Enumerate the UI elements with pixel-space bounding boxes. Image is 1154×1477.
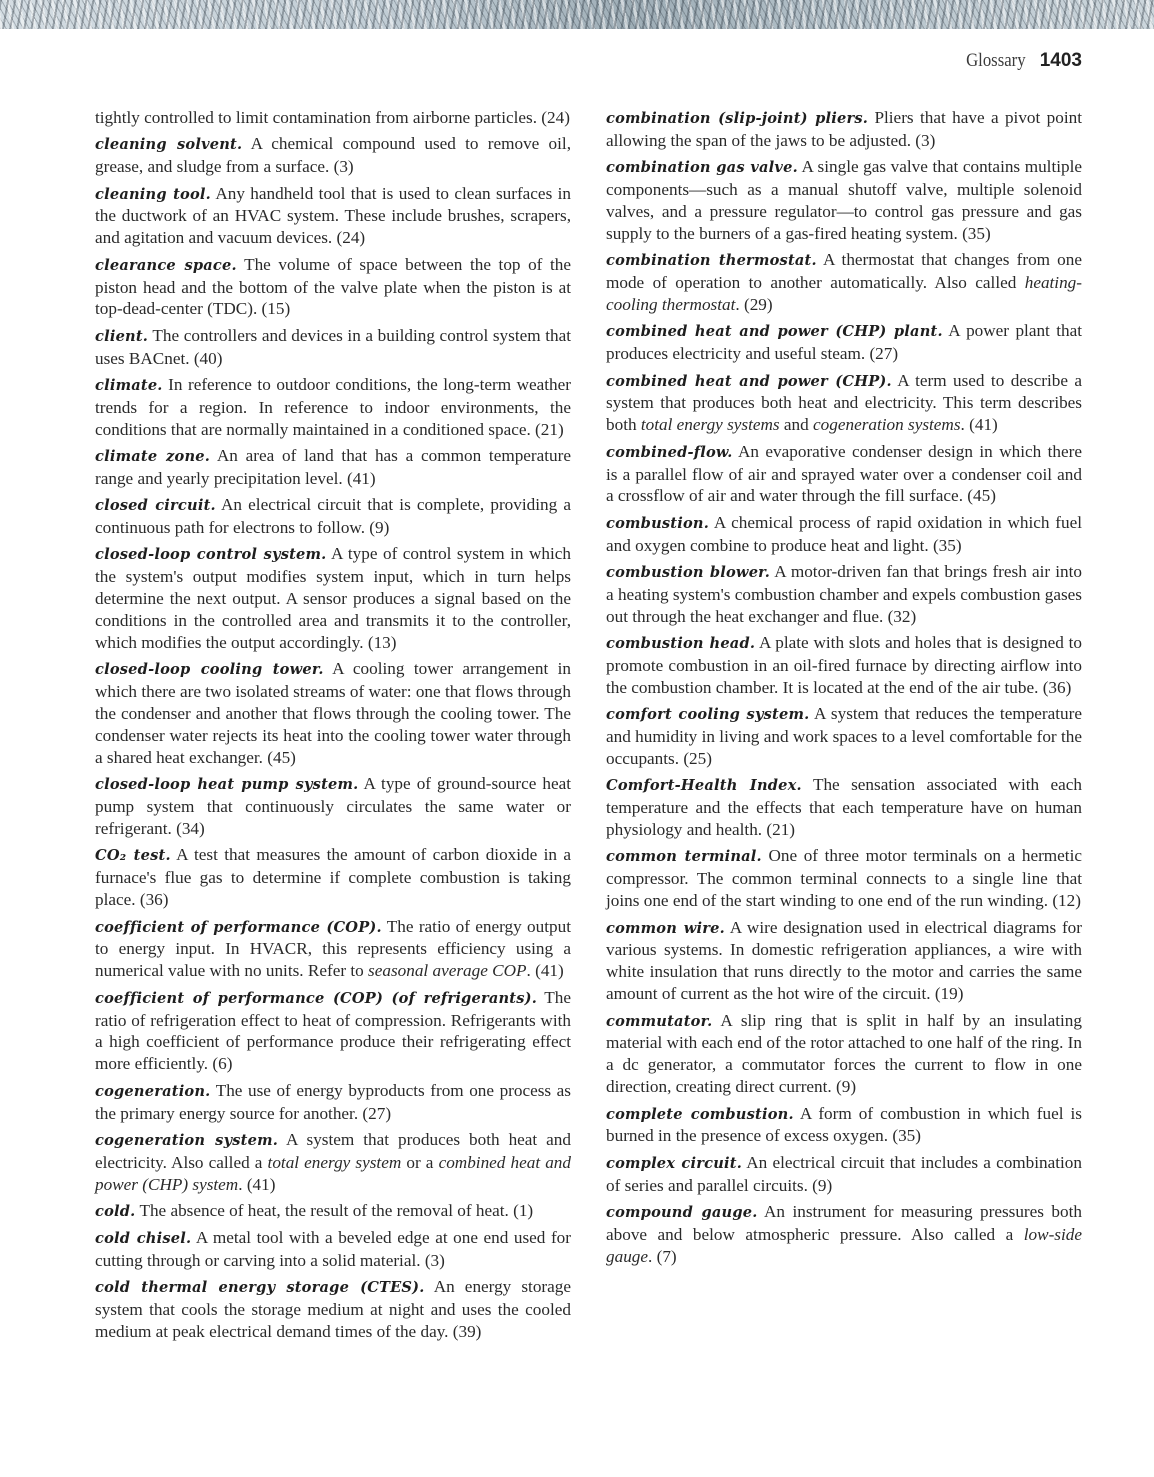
glossary-entry: combustion blower. A motor-driven fan th… <box>606 561 1082 628</box>
glossary-entry: clearance space. The volume of space bet… <box>95 254 571 321</box>
glossary-entry: client. The controllers and devices in a… <box>95 325 571 370</box>
glossary-term: clearance space. <box>95 257 237 274</box>
glossary-entry: cold chisel. A metal tool with a beveled… <box>95 1227 571 1272</box>
glossary-entry: cleaning tool. Any handheld tool that is… <box>95 183 571 250</box>
glossary-term: cogeneration system. <box>95 1132 278 1149</box>
definition-text: The absence of heat, the result of the r… <box>135 1201 533 1220</box>
glossary-term: cleaning solvent. <box>95 136 242 153</box>
glossary-term: combustion head. <box>606 635 755 652</box>
glossary-column-left: tightly controlled to limit contaminatio… <box>95 107 571 1348</box>
definition-text: and <box>780 415 813 434</box>
glossary-entry: comfort cooling system. A system that re… <box>606 703 1082 770</box>
glossary-term: combination thermostat. <box>606 252 817 269</box>
glossary-entry: compound gauge. An instrument for measur… <box>606 1201 1082 1268</box>
glossary-term: comfort cooling system. <box>606 706 809 723</box>
glossary-entry: combination gas valve. A single gas valv… <box>606 156 1082 245</box>
cross-reference: cogeneration systems <box>813 415 961 434</box>
glossary-entry: combined heat and power (CHP). A term us… <box>606 370 1082 437</box>
glossary-entry: combination (slip-joint) pliers. Pliers … <box>606 107 1082 152</box>
glossary-term: closed-loop cooling tower. <box>95 661 324 678</box>
glossary-term: common wire. <box>606 920 725 937</box>
glossary-term: cold chisel. <box>95 1230 191 1247</box>
glossary-term: cold thermal energy storage (CTES). <box>95 1279 425 1296</box>
glossary-entry: coefficient of performance (COP) (of ref… <box>95 987 571 1076</box>
glossary-term: commutator. <box>606 1013 712 1030</box>
decorative-header-banner <box>0 0 1154 29</box>
glossary-term: common terminal. <box>606 848 762 865</box>
section-title: Glossary <box>966 50 1025 72</box>
glossary-term: coefficient of performance (COP). <box>95 919 382 936</box>
glossary-term: combustion. <box>606 515 709 532</box>
glossary-entry: cold thermal energy storage (CTES). An e… <box>95 1276 571 1343</box>
glossary-entry: CO₂ test. A test that measures the amoun… <box>95 844 571 911</box>
glossary-entry: cold. The absence of heat, the result of… <box>95 1200 571 1223</box>
glossary-term: complete combustion. <box>606 1106 794 1123</box>
definition-text: . (41) <box>527 961 564 980</box>
glossary-term: compound gauge. <box>606 1204 758 1221</box>
definition-text: In reference to outdoor conditions, the … <box>95 375 571 439</box>
glossary-term: cold. <box>95 1203 135 1220</box>
definition-text: or a <box>401 1153 438 1172</box>
definition-text: The controllers and devices in a buildin… <box>95 326 571 368</box>
glossary-term: closed-loop control system. <box>95 546 326 563</box>
glossary-term: cogeneration. <box>95 1083 210 1100</box>
glossary-entry: commutator. A slip ring that is split in… <box>606 1010 1082 1099</box>
glossary-term: complex circuit. <box>606 1155 742 1172</box>
glossary-entry: common wire. A wire designation used in … <box>606 917 1082 1006</box>
glossary-term: Comfort-Health Index. <box>606 777 802 794</box>
glossary-entry: complex circuit. An electrical circuit t… <box>606 1152 1082 1197</box>
glossary-entry: tightly controlled to limit contaminatio… <box>95 107 571 129</box>
cross-reference: seasonal average COP <box>368 961 526 980</box>
glossary-term: CO₂ test. <box>95 847 171 864</box>
definition-text: . (41) <box>238 1175 275 1194</box>
definition-text: . (7) <box>648 1247 677 1266</box>
glossary-entry: closed circuit. An electrical circuit th… <box>95 494 571 539</box>
glossary-entry: complete combustion. A form of combustio… <box>606 1103 1082 1148</box>
page-number: 1403 <box>1040 50 1082 72</box>
glossary-entry: closed-loop heat pump system. A type of … <box>95 773 571 840</box>
glossary-term: combined-flow. <box>606 444 733 461</box>
glossary-term: combined heat and power (CHP) plant. <box>606 323 943 340</box>
glossary-entry: combustion. A chemical process of rapid … <box>606 512 1082 557</box>
glossary-term: cleaning tool. <box>95 186 211 203</box>
glossary-term: closed-loop heat pump system. <box>95 776 358 793</box>
glossary-term: closed circuit. <box>95 497 216 514</box>
running-head: Glossary 1403 <box>958 50 1082 72</box>
definition-text: tightly controlled to limit contaminatio… <box>95 108 570 127</box>
glossary-entry: closed-loop cooling tower. A cooling tow… <box>95 658 571 769</box>
glossary-entry: climate zone. An area of land that has a… <box>95 445 571 490</box>
glossary-term: combination (slip-joint) pliers. <box>606 110 868 127</box>
glossary-entry: common terminal. One of three motor term… <box>606 845 1082 912</box>
glossary-entry: cogeneration system. A system that produ… <box>95 1129 571 1196</box>
definition-text: . (29) <box>735 295 772 314</box>
glossary-term: client. <box>95 328 148 345</box>
glossary-entry: climate. In reference to outdoor conditi… <box>95 374 571 441</box>
glossary-entry: combined heat and power (CHP) plant. A p… <box>606 320 1082 365</box>
glossary-entry: cogeneration. The use of energy byproduc… <box>95 1080 571 1125</box>
glossary-entry: combustion head. A plate with slots and … <box>606 632 1082 699</box>
cross-reference: total energy systems <box>641 415 780 434</box>
glossary-term: climate zone. <box>95 448 210 465</box>
glossary-entry: combined-flow. An evaporative condenser … <box>606 441 1082 508</box>
glossary-entry: cleaning solvent. A chemical compound us… <box>95 133 571 178</box>
glossary-term: climate. <box>95 377 163 394</box>
glossary-entry: combination thermostat. A thermostat tha… <box>606 249 1082 316</box>
cross-reference: total energy system <box>268 1153 402 1172</box>
glossary-entry: Comfort-Health Index. The sensation asso… <box>606 774 1082 841</box>
glossary-column-right: combination (slip-joint) pliers. Pliers … <box>606 107 1082 1272</box>
glossary-entry: closed-loop control system. A type of co… <box>95 543 571 654</box>
glossary-term: combustion blower. <box>606 564 770 581</box>
glossary-term: combined heat and power (CHP). <box>606 373 892 390</box>
definition-text: . (41) <box>961 415 998 434</box>
glossary-term: coefficient of performance (COP) (of ref… <box>95 990 537 1007</box>
glossary-term: combination gas valve. <box>606 159 798 176</box>
glossary-entry: coefficient of performance (COP). The ra… <box>95 916 571 983</box>
